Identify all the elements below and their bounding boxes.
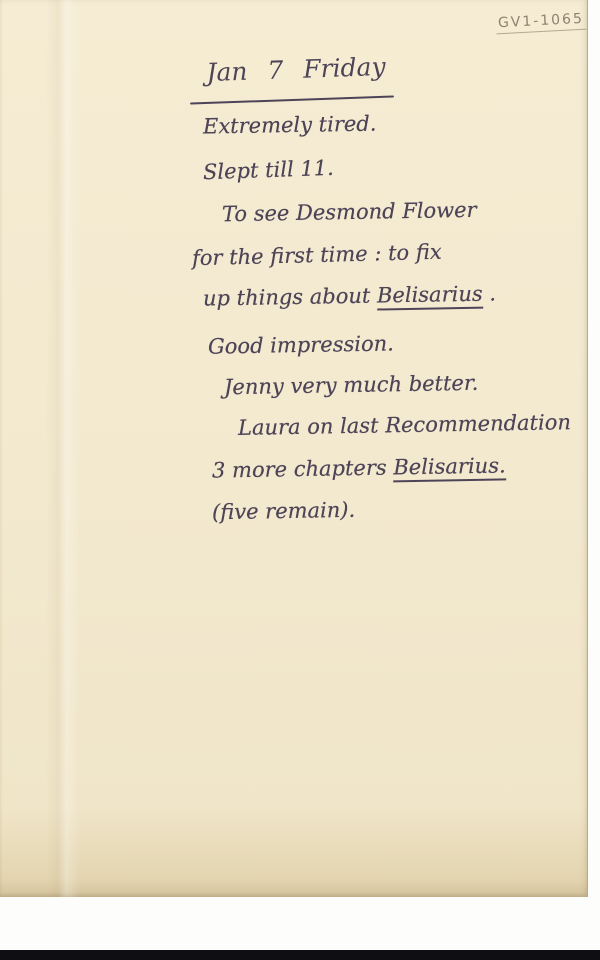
diary-line: Laura on last Recommendation — [238, 410, 571, 440]
diary-line-text: . — [482, 281, 496, 305]
diary-page: GV1-1065 Jan 7 Friday Extremely tired. S… — [0, 0, 588, 897]
diary-line: Extremely tired. — [203, 111, 377, 138]
archive-mark: GV1-1065 — [496, 11, 587, 35]
scan-edge-bar — [0, 950, 600, 960]
diary-line: Jenny very much better. — [224, 371, 479, 399]
diary-line: Slept till 11. — [203, 156, 335, 185]
paper-crease — [46, 0, 80, 897]
diary-line-text: up things about — [203, 284, 377, 311]
scanned-diary-page: GV1-1065 Jan 7 Friday Extremely tired. S… — [0, 0, 600, 960]
underlined-word: Belisarius — [377, 282, 483, 311]
underlined-word: Belisarius. — [393, 453, 506, 482]
diary-line: (five remain). — [212, 498, 356, 524]
diary-line: 3 more chapters Belisarius. — [212, 453, 506, 482]
diary-line: To see Desmond Flower — [222, 198, 477, 226]
diary-line: Good impression. — [208, 331, 394, 358]
heading-underline — [190, 95, 394, 104]
diary-line-text: 3 more chapters — [212, 455, 394, 482]
diary-line: for the first time : to fix — [192, 240, 442, 271]
entry-heading: Jan 7 Friday — [196, 52, 397, 88]
diary-line: up things about Belisarius . — [203, 281, 496, 310]
